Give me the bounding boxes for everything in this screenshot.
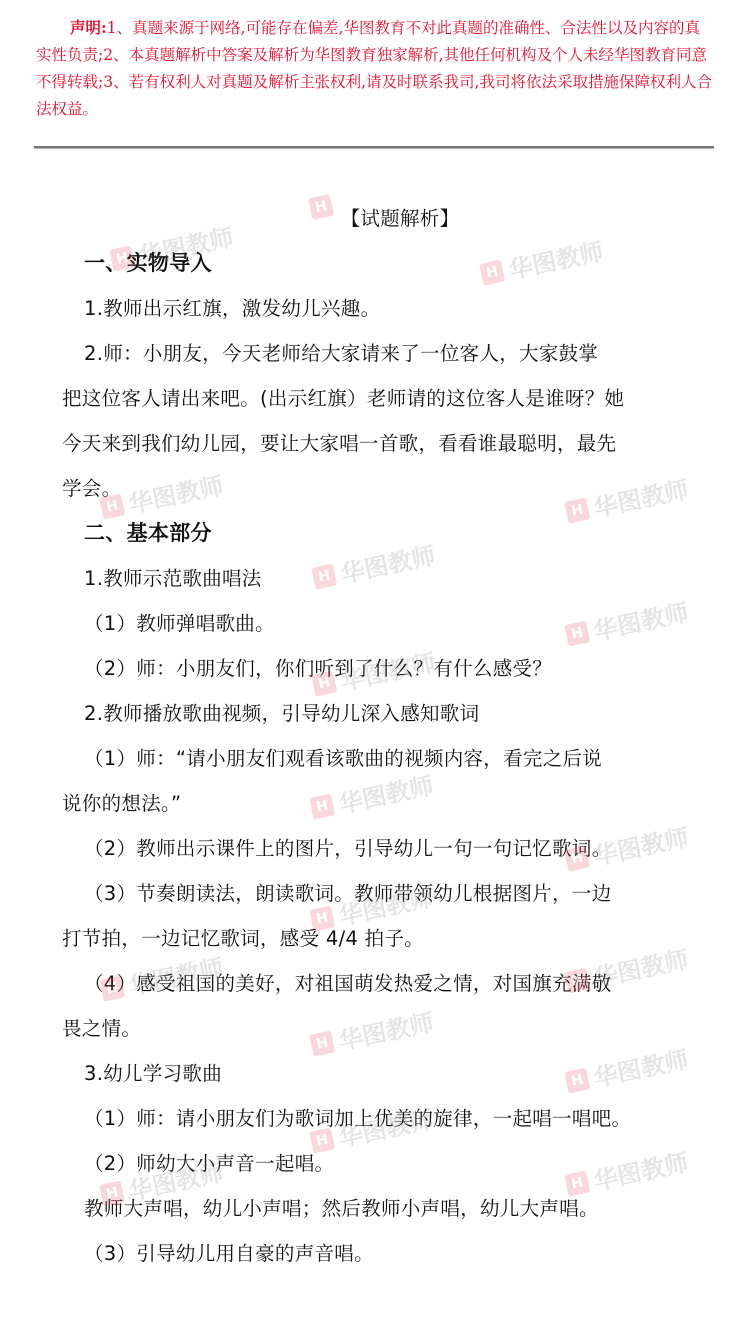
paragraph-line: 2.师：小朋友，今天老师给大家请来了一位客人，大家鼓掌 (84, 331, 716, 376)
paragraph-line: （2）师：小朋友们，你们听到了什么？有什么感受？ (84, 646, 716, 691)
heading: 二、基本部分 (84, 511, 716, 556)
paragraph-line: 学会。 (62, 466, 716, 511)
paragraph-line: （1）教师弹唱歌曲。 (84, 601, 716, 646)
paragraph-line: 说你的想法。” (62, 781, 716, 826)
disclaimer-notice: 声明:1、真题来源于网络,可能存在偏差,华图教育不对此真题的准确性、合法性以及内… (36, 14, 712, 123)
disclaimer-text: 1、真题来源于网络,可能存在偏差,华图教育不对此真题的准确性、合法性以及内容的真… (36, 19, 712, 118)
paragraph-line: 打节拍，一边记忆歌词，感受 4/4 拍子。 (62, 916, 716, 961)
paragraph-line: 2.教师播放歌曲视频，引导幼儿深入感知歌词 (84, 691, 716, 736)
paragraph-line: 3.幼儿学习歌曲 (84, 1051, 716, 1096)
section-title: 【试题解析】 (84, 196, 716, 241)
paragraph-line: 1.教师示范歌曲唱法 (84, 556, 716, 601)
paragraph-line: （2）教师出示课件上的图片，引导幼儿一句一句记忆歌词。 (84, 826, 716, 871)
divider (34, 146, 714, 148)
document-body: 【试题解析】 一、实物导入 1.教师出示红旗，激发幼儿兴趣。 2.师：小朋友，今… (84, 196, 716, 1276)
paragraph-line: （4）感受祖国的美好，对祖国萌发热爱之情，对国旗充满敬 (84, 961, 716, 1006)
paragraph-line: （3）节奏朗读法，朗读歌词。教师带领幼儿根据图片，一边 (84, 871, 716, 916)
paragraph-line: 教师大声唱，幼儿小声唱；然后教师小声唱，幼儿大声唱。 (84, 1186, 716, 1231)
paragraph-line: （1）师：请小朋友们为歌词加上优美的旋律，一起唱一唱吧。 (84, 1096, 716, 1141)
paragraph-line: 畏之情。 (62, 1006, 716, 1051)
paragraph-line: 1.教师出示红旗，激发幼儿兴趣。 (84, 286, 716, 331)
paragraph-line: 把这位客人请出来吧。(出示红旗）老师请的这位客人是谁呀？她 (62, 376, 716, 421)
paragraph-line: （3）引导幼儿用自豪的声音唱。 (84, 1231, 716, 1276)
disclaimer-label: 声明: (70, 18, 107, 37)
paragraph-line: 今天来到我们幼儿园，要让大家唱一首歌，看看谁最聪明，最先 (62, 421, 716, 466)
paragraph-line: （2）师幼大小声音一起唱。 (84, 1141, 716, 1186)
paragraph-line: （1）师：“请小朋友们观看该歌曲的视频内容，看完之后说 (84, 736, 716, 781)
heading: 一、实物导入 (84, 241, 716, 286)
